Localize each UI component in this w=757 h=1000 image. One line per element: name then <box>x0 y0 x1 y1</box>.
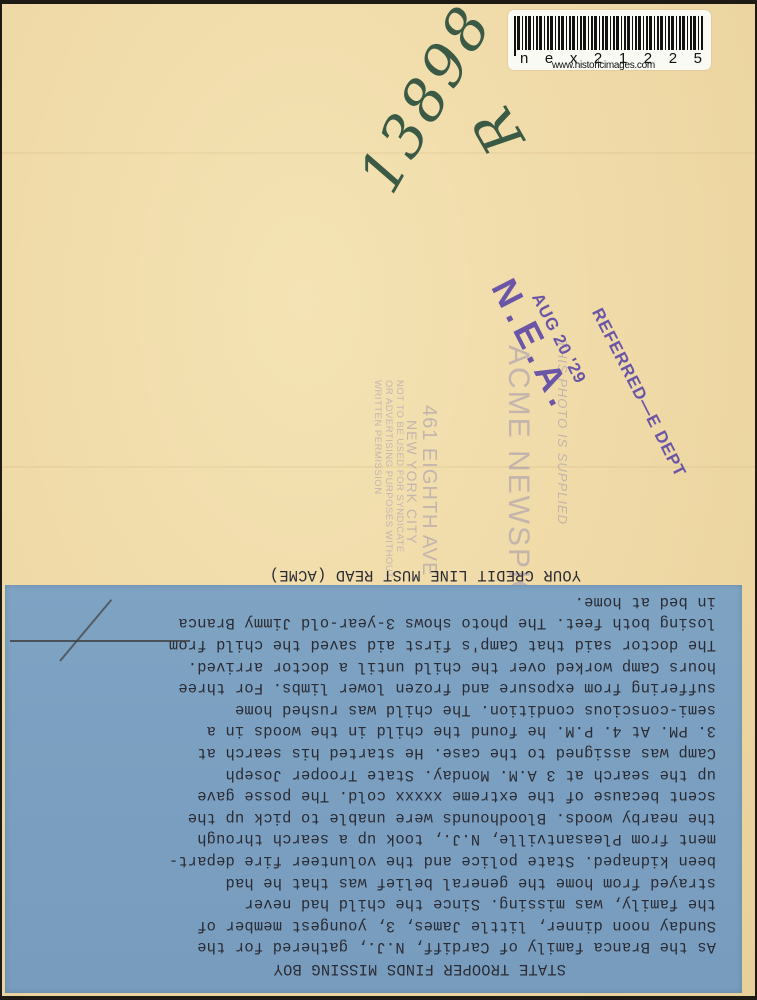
restriction-line: OR ADVERTISING PURPOSES WITHOUT <box>383 380 394 579</box>
caption-text: STATE TROOPER FINDS MISSING BOY As the B… <box>11 564 736 979</box>
caption-line: strayed from home the general belief was… <box>11 871 736 893</box>
caption-sheet: STATE TROOPER FINDS MISSING BOY As the B… <box>5 585 742 993</box>
barcode-digit: 5 <box>694 50 702 67</box>
caption-line: the nearby woods. Bloodhounds were unabl… <box>11 806 736 828</box>
caption-line: The doctor said that Camp's first aid sa… <box>11 634 736 656</box>
caption-line: scent because of the extreme xxxxx cold.… <box>11 785 736 807</box>
caption-line: semi-conscious condition. The child was … <box>11 698 736 720</box>
faint-city-stamp: NEW YORK CITY <box>404 420 420 545</box>
faint-restriction-stamp: NOT TO BE USED FOR SYNDICATE OR ADVERTIS… <box>372 380 405 579</box>
caption-line: hours Camp worked over the child until a… <box>11 655 736 677</box>
caption-line: suffering from exposure and frozen lower… <box>11 677 736 699</box>
credit-line: YOUR CREDIT LINE MUST READ (ACME) <box>11 564 736 586</box>
restriction-line: NOT TO BE USED FOR SYNDICATE <box>394 380 405 579</box>
barcode-digit: 2 <box>669 50 677 67</box>
website-text: www.historicimages.com <box>552 60 655 71</box>
caption-line: up the search at 3 A.M. Monday. State Tr… <box>11 763 736 785</box>
caption-line: in bed at home. <box>11 590 736 612</box>
restriction-line: WRITTEN PERMISSION <box>372 380 383 579</box>
caption-line: 3. PM. At 4. P.M. he found the child in … <box>11 720 736 742</box>
pen-underline-mark <box>10 640 190 642</box>
caption-line: ment from Pleasantville, N.J., took up a… <box>11 828 736 850</box>
barcode-digit: n <box>520 50 528 67</box>
caption-line: Sunday noon dinner, little James, 3, you… <box>11 914 736 936</box>
caption-line: been kidnaped. State police and the volu… <box>11 849 736 871</box>
faint-address-stamp: 461 EIGHTH AVE <box>417 405 440 576</box>
caption-line: As the Branca family of Cardiff, N.J., g… <box>11 936 736 958</box>
caption-line: Camp was assigned to the case. He starte… <box>11 741 736 763</box>
caption-rotated-container: STATE TROOPER FINDS MISSING BOY As the B… <box>5 585 742 993</box>
caption-line: the family, was missing. Since the child… <box>11 893 736 915</box>
caption-line: losing both feet. The photo shows 3-year… <box>11 612 736 634</box>
caption-headline: STATE TROOPER FINDS MISSING BOY <box>11 957 736 979</box>
barcode-label: n e x 2 1 2 2 5 www.historicimages.com <box>508 10 711 70</box>
